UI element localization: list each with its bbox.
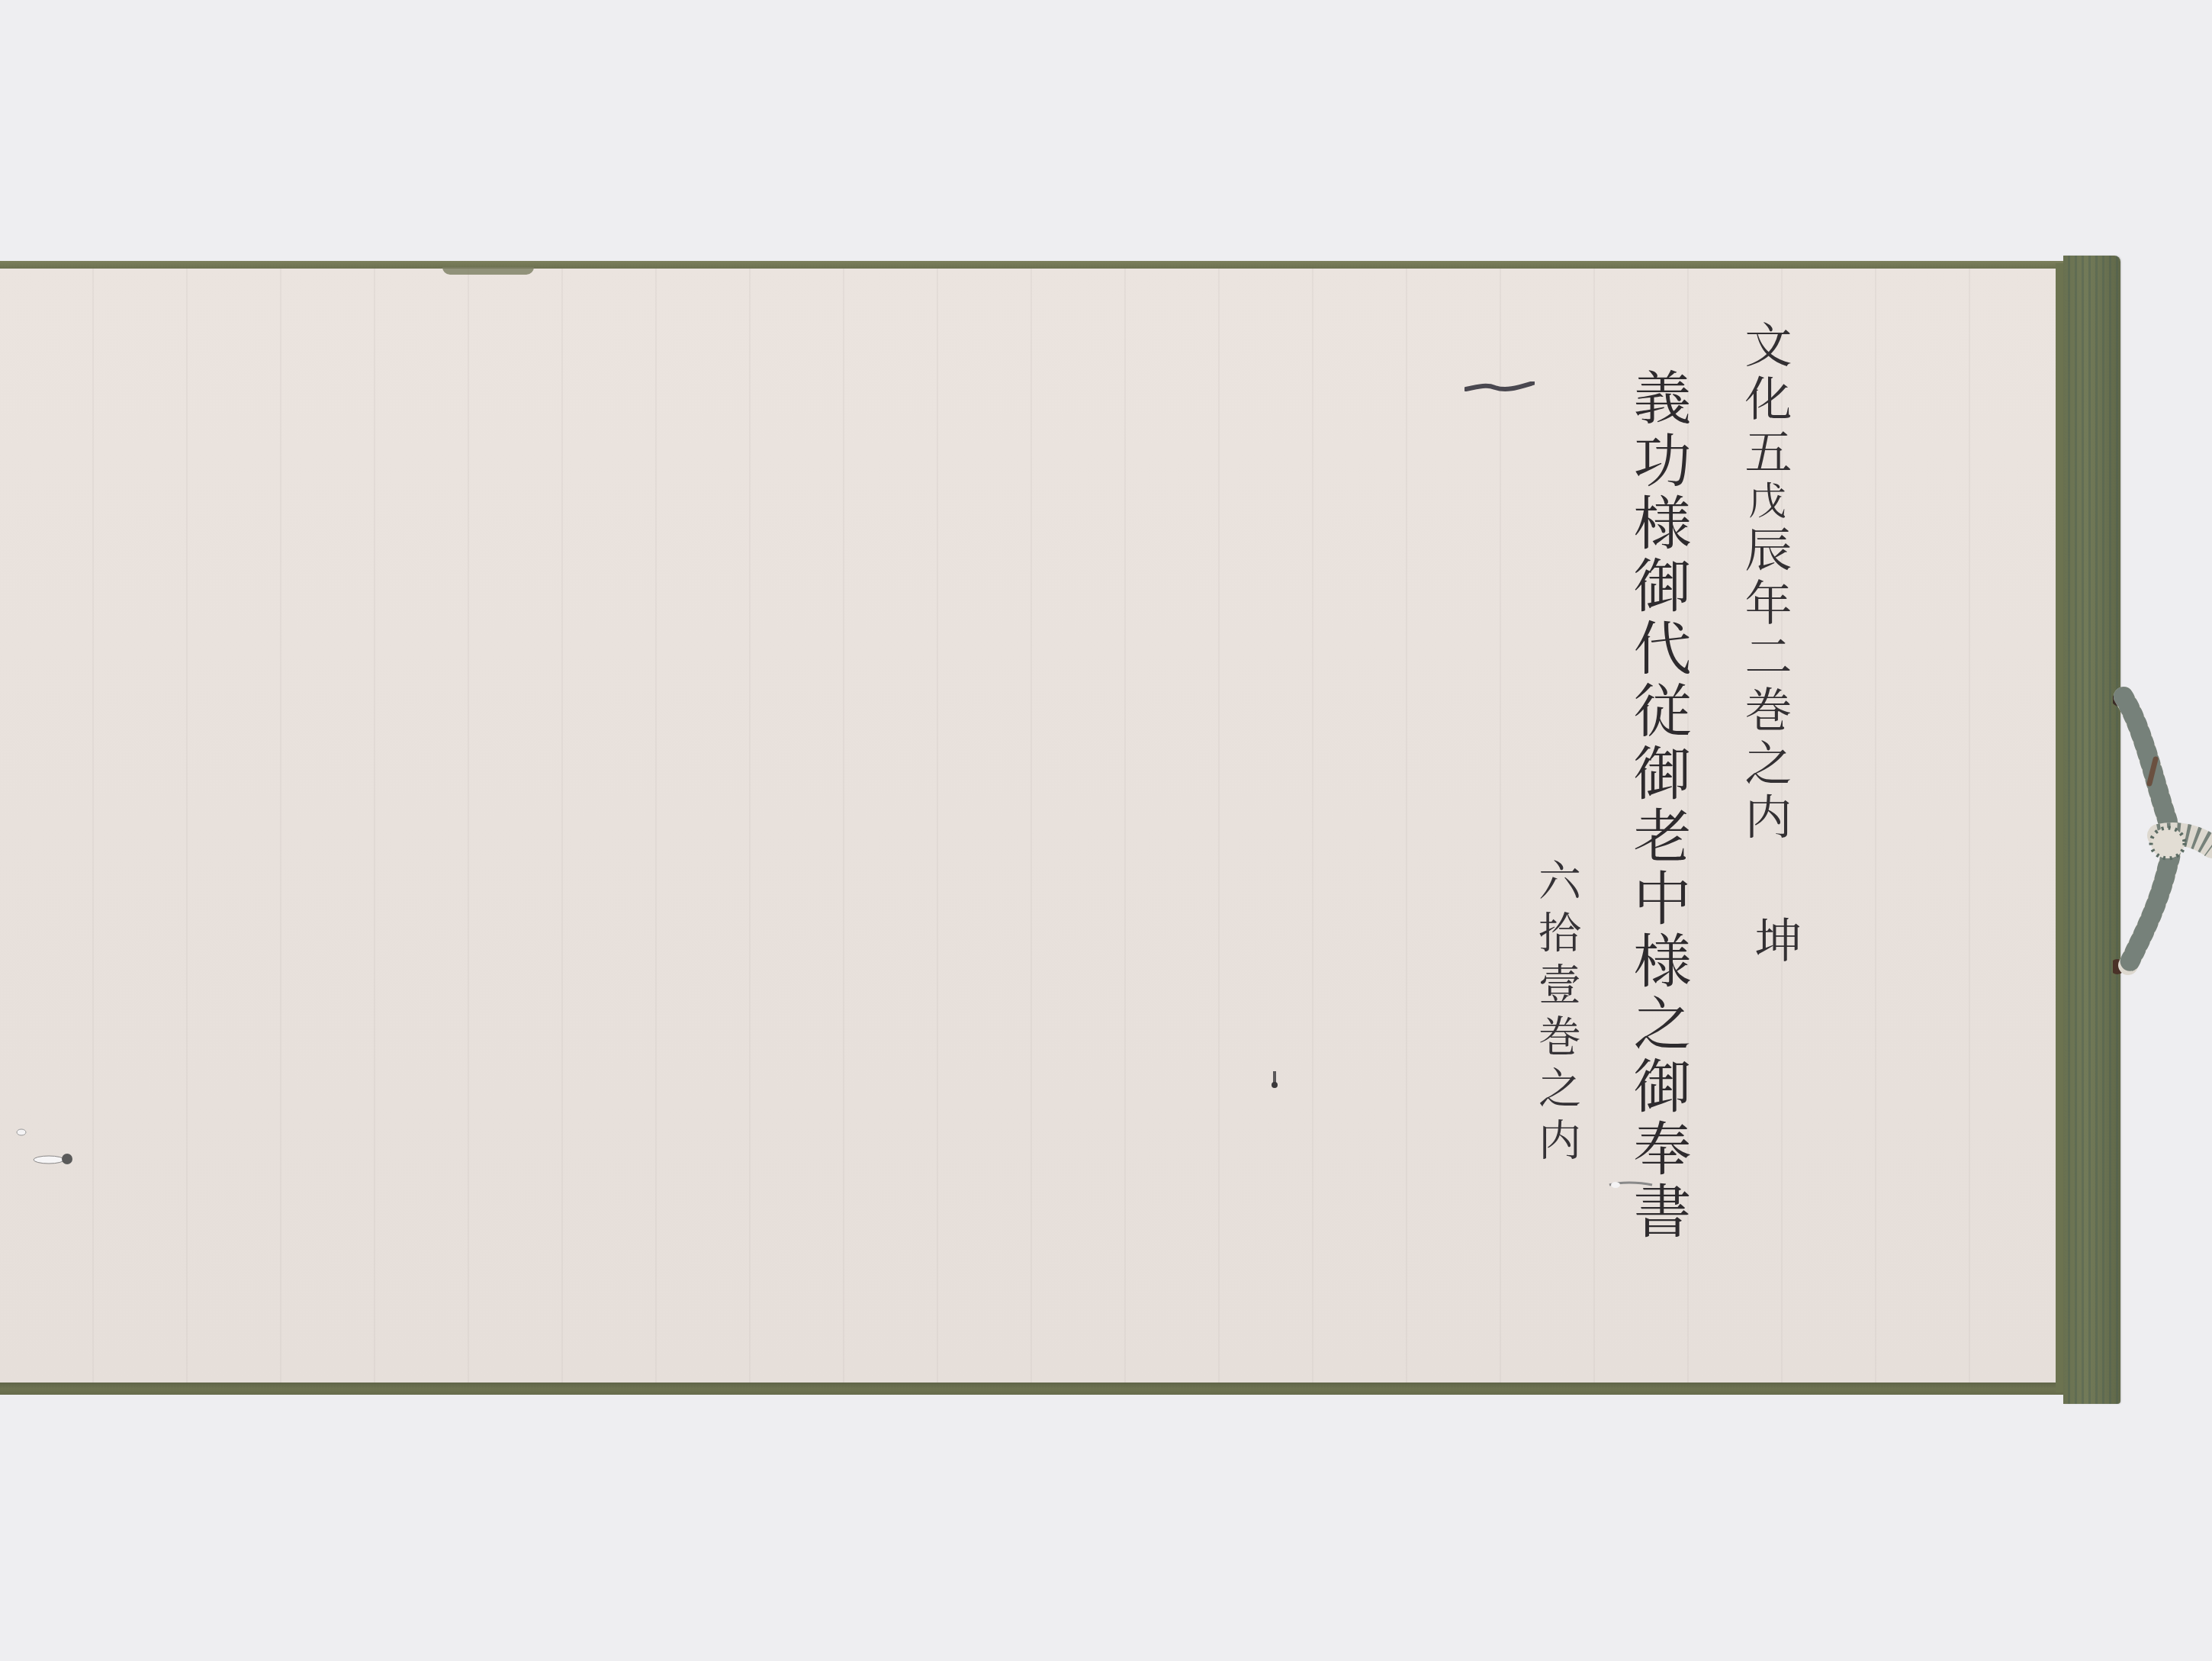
ink-dash-mark-icon [1464,381,1535,392]
bottom-border-edge [0,1383,2069,1395]
title-column-volume: 六拾壹巻之内 [1535,858,1577,1170]
title-column-date: 文化五戊辰年二巻之内 [1741,320,1788,845]
small-hole-mark-icon [1608,1179,1654,1191]
date-era-text: 文化五 [1737,320,1792,481]
title-column-main: 義功様御代従御老中様之御奉書 [1628,368,1686,1244]
ink-speck-mark-icon [1270,1070,1279,1090]
mounting-cloth-band [2063,256,2120,1404]
top-border-edge [0,261,2069,269]
tie-cord-icon [2113,683,2212,980]
worm-hole-mark-icon [31,1144,76,1167]
date-cyclical-small: 戊 [1742,481,1786,525]
volume-marker-kon: 坤 [1741,916,1809,963]
small-hole-mark-icon [15,1128,27,1137]
date-rest-text: 辰年二巻之内 [1737,525,1792,845]
top-edge-stain [442,267,534,275]
